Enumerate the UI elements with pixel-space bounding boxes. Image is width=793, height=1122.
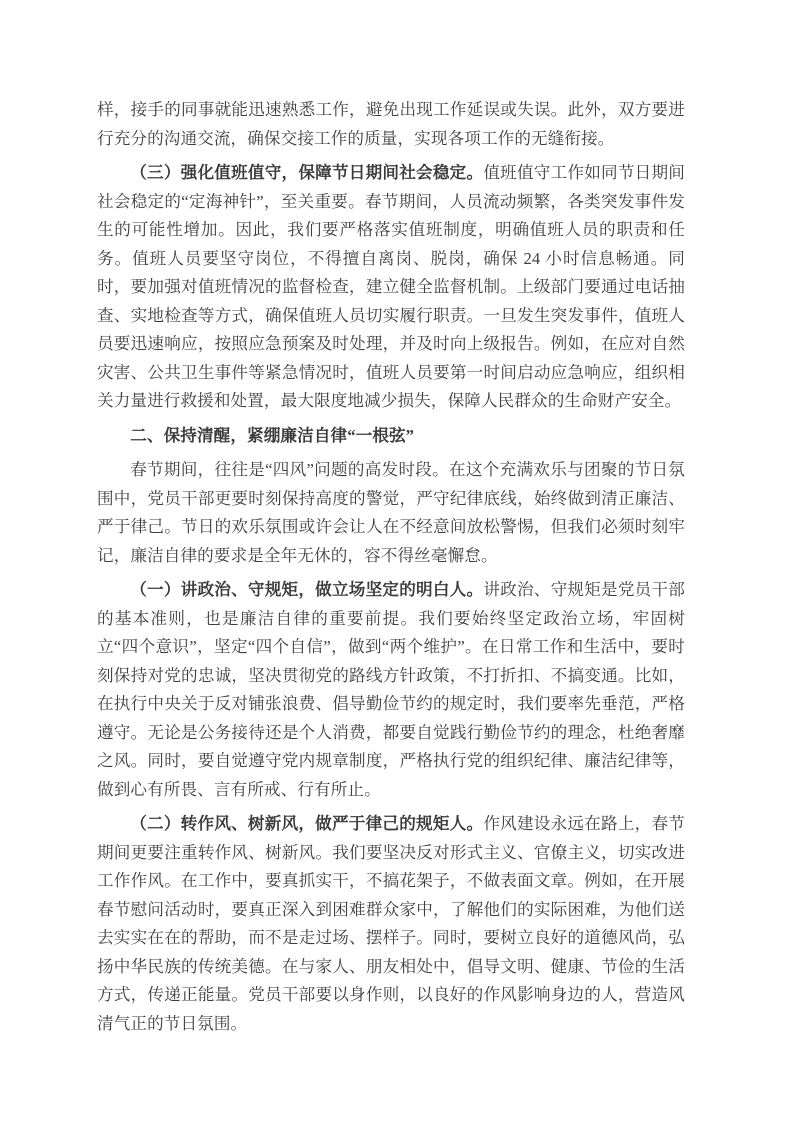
- paragraph-lead: （三）强化值班值守，保障节日期间社会稳定。: [130, 163, 483, 182]
- paragraph-text: 作风建设永远在路上，春节期间更要注重转作风、树新风。我们要坚决反对形式主义、官僚…: [97, 814, 685, 1033]
- document-content: 样，接手的同事就能迅速熟悉工作，避免出现工作延误或失误。此外，双方要进行充分的沟…: [97, 96, 685, 1044]
- paragraph-text: 讲政治、守规矩是党员干部的基本准则，也是廉洁自律的重要前提。我们要始终坚定政治立…: [97, 580, 685, 799]
- section-heading-2: 二、保持清醒，紧绷廉洁自律“一根弦”: [97, 422, 685, 451]
- paragraph-intro: 春节期间，往往是“四风”问题的高发时段。在这个充满欢乐与团聚的节日氛围中，党员干…: [97, 456, 685, 570]
- paragraph-section-3: （三）强化值班值守，保障节日期间社会稳定。值班值守工作如同节日期间社会稳定的“定…: [97, 159, 685, 416]
- paragraph-continuation: 样，接手的同事就能迅速熟悉工作，避免出现工作延误或失误。此外，双方要进行充分的沟…: [97, 96, 685, 153]
- paragraph-subsection-1: （一）讲政治、守规矩，做立场坚定的明白人。讲政治、守规矩是党员干部的基本准则，也…: [97, 576, 685, 804]
- heading-text: 二、保持清醒，紧绷廉洁自律“一根弦”: [130, 426, 414, 445]
- paragraph-text: 样，接手的同事就能迅速熟悉工作，避免出现工作延误或失误。此外，双方要进行充分的沟…: [97, 100, 685, 148]
- document-page: 样，接手的同事就能迅速熟悉工作，避免出现工作延误或失误。此外，双方要进行充分的沟…: [0, 0, 793, 1122]
- paragraph-subsection-2: （二）转作风、树新风，做严于律己的规矩人。作风建设永远在路上，春节期间更要注重转…: [97, 810, 685, 1038]
- paragraph-lead: （二）转作风、树新风，做严于律己的规矩人。: [130, 814, 483, 833]
- paragraph-text: 值班值守工作如同节日期间社会稳定的“定海神针”，至关重要。春节期间，人员流动频繁…: [97, 163, 685, 410]
- paragraph-lead: （一）讲政治、守规矩，做立场坚定的明白人。: [130, 580, 483, 599]
- paragraph-text: 春节期间，往往是“四风”问题的高发时段。在这个充满欢乐与团聚的节日氛围中，党员干…: [97, 460, 685, 565]
